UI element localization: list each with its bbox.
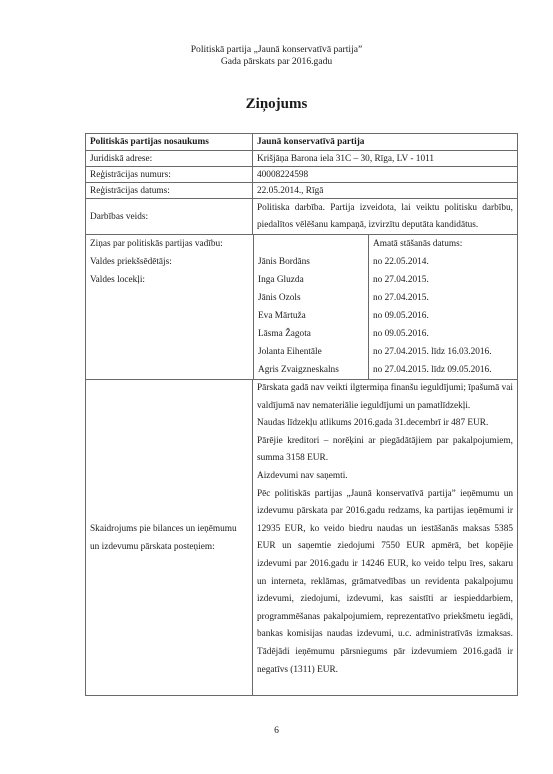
person-name: Inga Gluzda bbox=[258, 271, 368, 289]
header-report-title: Gada pārskats par 2016.gadu bbox=[0, 56, 553, 68]
row-value: Jaunā konservatīvā partija bbox=[253, 134, 518, 151]
leadership-grid: Ziņas par politiskās partijas vadību: Va… bbox=[86, 235, 517, 379]
members-label: Valdes locekļi: bbox=[90, 271, 253, 289]
person-date: no 09.05.2016. bbox=[373, 325, 517, 343]
page-title: Ziņojums bbox=[0, 96, 553, 113]
person-date: no 27.04.2015. bbox=[373, 271, 517, 289]
page-number: 6 bbox=[0, 725, 553, 736]
table-row: Reģistrācijas numurs: 40008224598 bbox=[86, 167, 518, 183]
chair-label: Valdes priekšsēdētājs: bbox=[90, 253, 253, 271]
leadership-labels: Ziņas par politiskās partijas vadību: Va… bbox=[86, 235, 253, 379]
person-name: Jolanta Eihentāle bbox=[258, 343, 368, 361]
leadership-dates: Amatā stāšanās datums: no 22.05.2014. no… bbox=[368, 235, 517, 379]
leadership-row: Ziņas par politiskās partijas vadību: Va… bbox=[86, 235, 518, 380]
row-label: Reģistrācijas datums: bbox=[86, 183, 253, 199]
explanation-row: Skaidrojums pie bilances un ieņēmumu un … bbox=[86, 380, 518, 696]
row-value: 40008224598 bbox=[253, 167, 518, 183]
table-row: Politiskās partijas nosaukums Jaunā kons… bbox=[86, 134, 518, 151]
person-date: no 27.04.2015. līdz 16.03.2016. bbox=[373, 343, 517, 361]
person-date: no 27.04.2015. līdz 09.05.2016. bbox=[373, 361, 517, 379]
table-row: Reģistrācijas datums: 22.05.2014., Rīgā bbox=[86, 183, 518, 199]
leadership-names: Jānis Bordāns Inga Gluzda Jānis Ozols Ev… bbox=[253, 235, 368, 379]
report-table: Politiskās partijas nosaukums Jaunā kons… bbox=[85, 133, 518, 696]
row-label: Darbības veids: bbox=[86, 199, 253, 235]
explanation-paragraph: Aizdevumi nav saņemti. bbox=[257, 468, 513, 486]
header-party-name: Politiskā partija „Jaunā konservatīvā pa… bbox=[0, 44, 553, 56]
person-name: Lāsma Žagota bbox=[258, 325, 368, 343]
document-header: Politiskā partija „Jaunā konservatīvā pa… bbox=[0, 44, 553, 68]
row-value: Politiska darbība. Partija izveidota, la… bbox=[253, 199, 518, 235]
person-date: no 27.04.2015. bbox=[373, 289, 517, 307]
leadership-section-label: Ziņas par politiskās partijas vadību: bbox=[90, 235, 253, 253]
explanation-label: Skaidrojums pie bilances un ieņēmumu un … bbox=[86, 380, 253, 696]
explanation-paragraph: Pārskata gadā nav veikti ilgtermiņa fina… bbox=[257, 380, 513, 415]
date-header: Amatā stāšanās datums: bbox=[373, 235, 517, 253]
row-label: Reģistrācijas numurs: bbox=[86, 167, 253, 183]
person-name: Eva Mārtuža bbox=[258, 307, 368, 325]
leadership-cell: Ziņas par politiskās partijas vadību: Va… bbox=[86, 235, 518, 380]
row-label: Juridiskā adrese: bbox=[86, 151, 253, 167]
person-name: Agris Zvaigzneskalns bbox=[258, 361, 368, 379]
explanation-paragraph: Naudas līdzekļu atlikums 2016.gada 31.de… bbox=[257, 415, 513, 433]
person-date: no 22.05.2014. bbox=[373, 253, 517, 271]
person-name: Jānis Bordāns bbox=[258, 253, 368, 271]
table-row: Juridiskā adrese: Krišjāņa Barona iela 3… bbox=[86, 151, 518, 167]
table-row: Darbības veids: Politiska darbība. Parti… bbox=[86, 199, 518, 235]
explanation-paragraph: Pārējie kreditori – norēķini ar piegādāt… bbox=[257, 433, 513, 468]
explanation-paragraph: Pēc politiskās partijas „Jaunā konservat… bbox=[257, 486, 513, 680]
person-name: Jānis Ozols bbox=[258, 289, 368, 307]
explanation-text: Pārskata gadā nav veikti ilgtermiņa fina… bbox=[253, 380, 518, 696]
row-value: Krišjāņa Barona iela 31C – 30, Rīga, LV … bbox=[253, 151, 518, 167]
person-date: no 09.05.2016. bbox=[373, 307, 517, 325]
row-value: 22.05.2014., Rīgā bbox=[253, 183, 518, 199]
row-label: Politiskās partijas nosaukums bbox=[86, 134, 253, 151]
